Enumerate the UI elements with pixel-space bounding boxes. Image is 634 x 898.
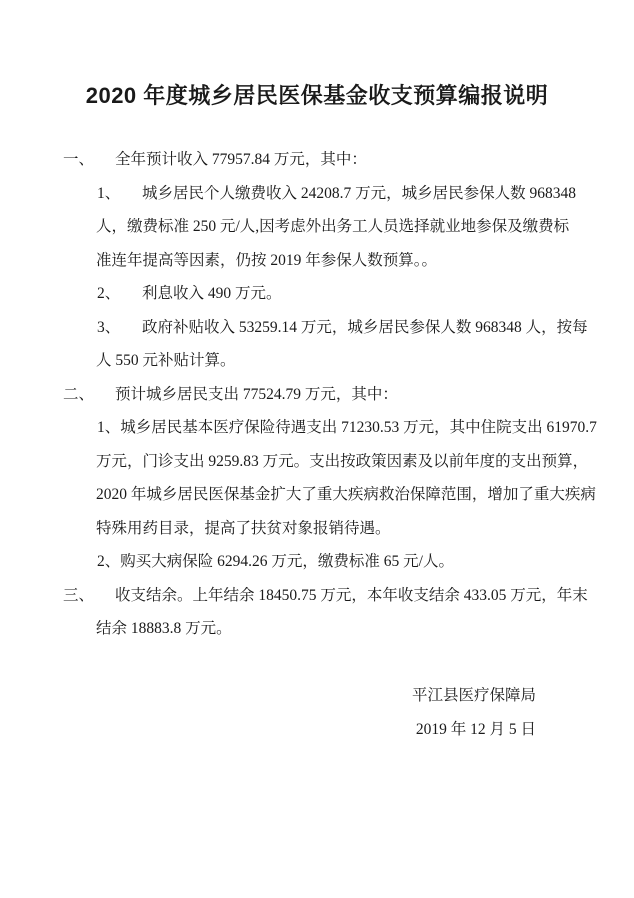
expense-item-1-line-4: 特殊用药目录，提高了扶贫对象报销待遇。 (0, 512, 634, 546)
section-three-line-2: 结余 18883.8 万元。 (0, 612, 634, 646)
item-number: 2、 (97, 553, 120, 570)
document-title: 2020 年度城乡居民医保基金收支预算编报说明 (0, 79, 634, 110)
item-text: 准连年提高等因素，仍按 2019 年参保人数预算。。 (96, 252, 437, 269)
item-text: 人 550 元补贴计算。 (96, 352, 236, 369)
income-item-1-line-1: 1、城乡居民个人缴费收入 24208.7 万元，城乡居民参保人数 968348 (0, 177, 634, 211)
income-item-3-line-1: 3、政府补贴收入 53259.14 万元，城乡居民参保人数 968348 人，按… (0, 311, 634, 345)
item-text: 2020 年城乡居民医保基金扩大了重大疾病救治保障范围，增加了重大疾病 (96, 486, 596, 503)
item-number: 2、 (97, 277, 142, 311)
section-number: 三、 (63, 579, 115, 613)
section-three-heading: 三、收支结余。上年结余 18450.75 万元，本年收支结余 433.05 万元… (0, 579, 634, 613)
item-number: 1、 (97, 419, 120, 436)
section-text: 预计城乡居民支出 77524.79 万元，其中： (115, 386, 398, 403)
item-number: 1、 (97, 177, 142, 211)
document-page: 2020 年度城乡居民医保基金收支预算编报说明 一、全年预计收入 77957.8… (0, 0, 634, 898)
income-item-1-line-3: 准连年提高等因素，仍按 2019 年参保人数预算。。 (0, 244, 634, 278)
expense-item-1-line-3: 2020 年城乡居民医保基金扩大了重大疾病救治保障范围，增加了重大疾病 (0, 478, 634, 512)
expense-item-1-line-1: 1、城乡居民基本医疗保险待遇支出 71230.53 万元，其中住院支出 6197… (0, 411, 634, 445)
item-text: 万元，门诊支出 9259.83 万元。支出按政策因素及以前年度的支出预算， (96, 453, 588, 470)
item-text: 特殊用药目录，提高了扶贫对象报销待遇。 (96, 520, 391, 537)
item-text: 购买大病保险 6294.26 万元，缴费标准 65 元/人。 (120, 553, 454, 570)
item-text: 利息收入 490 万元。 (142, 285, 282, 302)
section-two-heading: 二、预计城乡居民支出 77524.79 万元，其中： (0, 378, 634, 412)
item-text: 城乡居民基本医疗保险待遇支出 71230.53 万元，其中住院支出 61970.… (120, 419, 597, 436)
signature-block: 平江县医疗保障局 2019 年 12 月 5 日 (0, 679, 536, 746)
item-number: 3、 (97, 311, 142, 345)
signature-date: 2019 年 12 月 5 日 (0, 713, 536, 747)
expense-item-2: 2、购买大病保险 6294.26 万元，缴费标准 65 元/人。 (0, 545, 634, 579)
item-text: 城乡居民个人缴费收入 24208.7 万元，城乡居民参保人数 968348 (142, 185, 576, 202)
income-item-1-line-2: 人，缴费标准 250 元/人,因考虑外出务工人员选择就业地参保及缴费标 (0, 210, 634, 244)
item-text: 人，缴费标准 250 元/人,因考虑外出务工人员选择就业地参保及缴费标 (96, 218, 569, 235)
income-item-3-line-2: 人 550 元补贴计算。 (0, 344, 634, 378)
item-text: 政府补贴收入 53259.14 万元，城乡居民参保人数 968348 人，按每 (142, 319, 588, 336)
section-text: 全年预计收入 77957.84 万元，其中： (115, 151, 367, 168)
signature-organization: 平江县医疗保障局 (0, 679, 536, 713)
section-one-heading: 一、全年预计收入 77957.84 万元，其中： (0, 143, 634, 177)
item-text: 结余 18883.8 万元。 (96, 620, 232, 637)
expense-item-1-line-2: 万元，门诊支出 9259.83 万元。支出按政策因素及以前年度的支出预算， (0, 445, 634, 479)
section-text: 收支结余。上年结余 18450.75 万元，本年收支结余 433.05 万元，年… (115, 587, 588, 604)
section-number: 二、 (63, 378, 115, 412)
income-item-2: 2、利息收入 490 万元。 (0, 277, 634, 311)
section-number: 一、 (63, 143, 115, 177)
document-body: 一、全年预计收入 77957.84 万元，其中： 1、城乡居民个人缴费收入 24… (0, 143, 634, 646)
